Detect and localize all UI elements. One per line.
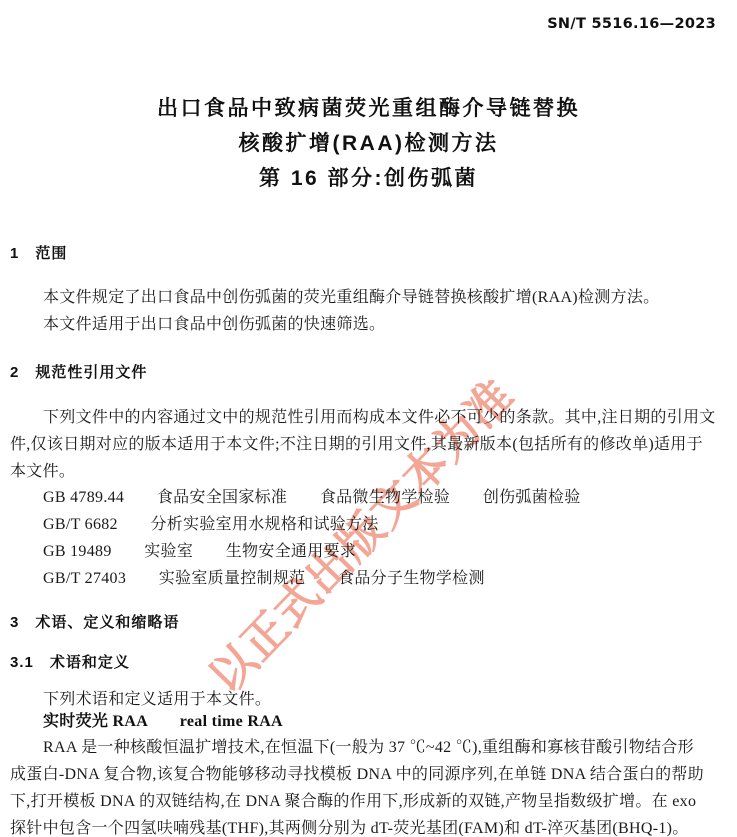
clause-2-heading: 2 规范性引用文件 (10, 363, 147, 382)
normative-reference-item: GB 4789.44 食品安全国家标准 食品微生物学检验 创伤弧菌检验 (43, 488, 581, 508)
clause-1-paragraph-1: 本文件规定了出口食品中创伤弧菌的荧光重组酶介导链替换核酸扩增(RAA)检测方法。 (43, 288, 659, 308)
clause-2-intro-line-3: 本文件。 (10, 462, 75, 482)
term-definition-line-2: 成蛋白-DNA 复合物,该复合物能够移动寻找模板 DNA 中的同源序列,在单链 … (10, 765, 704, 785)
standard-number: SN/T 5516.16—2023 (547, 16, 716, 32)
clause-3-1-heading: 3.1 术语和定义 (10, 653, 130, 672)
clause-3-1-intro: 下列术语和定义适用于本文件。 (43, 690, 271, 710)
document-title-line2: 核酸扩增(RAA)检测方法 (0, 131, 737, 157)
normative-reference-item: GB/T 6682 分析实验室用水规格和试验方法 (43, 515, 379, 535)
normative-reference-item: GB/T 27403 实验室质量控制规范 食品分子生物学检测 (43, 569, 485, 589)
term-definition-line-4: 探针中包含一个四氢呋喃残基(THF),其两侧分别为 dT-荧光基团(FAM)和 … (10, 819, 689, 837)
clause-1-heading: 1 范围 (10, 244, 67, 263)
clause-3-heading: 3 术语、定义和缩略语 (10, 613, 179, 632)
term-entry-real-time-raa: 实时荧光 RAA real time RAA (43, 712, 283, 732)
term-definition-line-3: 下,打开模板 DNA 的双链结构,在 DNA 聚合酶的作用下,形成新的双链,产物… (10, 792, 696, 812)
clause-2-intro-line-2: 件,仅该日期对应的版本适用于本文件;不注日期的引用文件,其最新版本(包括所有的修… (10, 435, 703, 455)
document-page: 以正式出版文本为准 SN/T 5516.16—2023 出口食品中致病菌荧光重组… (0, 0, 737, 837)
clause-2-intro-line-1: 下列文件中的内容通过文中的规范性引用而构成本文件必不可少的条款。其中,注日期的引… (43, 408, 716, 428)
clause-1-paragraph-2: 本文件适用于出口食品中创伤弧菌的快速筛选。 (43, 315, 385, 335)
document-title-line3: 第 16 部分:创伤弧菌 (0, 166, 737, 192)
document-title-line1: 出口食品中致病菌荧光重组酶介导链替换 (0, 96, 737, 122)
normative-reference-item: GB 19489 实验室 生物安全通用要求 (43, 542, 356, 562)
term-definition-line-1: RAA 是一种核酸恒温扩增技术,在恒温下(一般为 37 ℃~42 ℃),重组酶和… (43, 738, 694, 758)
